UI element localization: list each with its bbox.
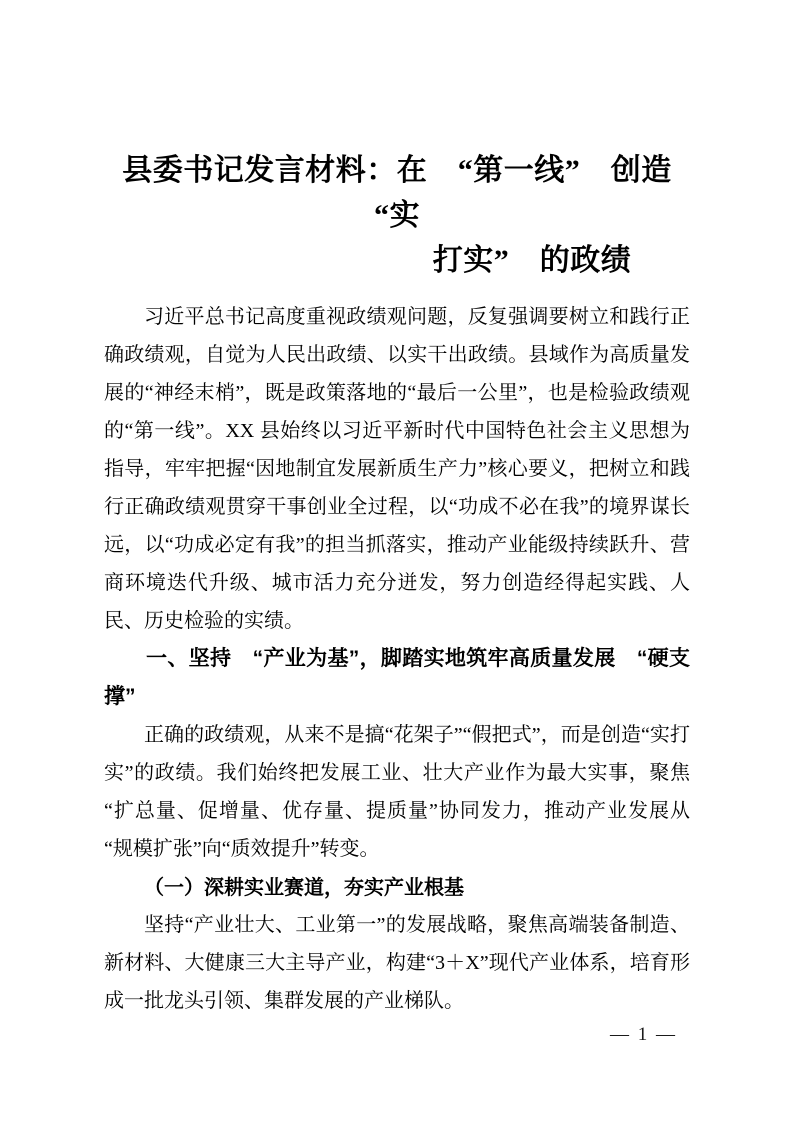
title-line-1: 县委书记发言材料：在 “第一线” 创造 “实 [104, 148, 690, 238]
document-body: 习近平总书记高度重视政绩观问题，反复强调要树立和践行正确政绩观，自觉为人民出政绩… [104, 298, 690, 1020]
title-line-2: 打实” 的政绩 [104, 238, 690, 283]
paragraph-heading1: 一、坚持 “产业为基”，脚踏实地筑牢高质量发展 “硬支撑” [104, 640, 690, 716]
paragraph-heading2: （一）深耕实业赛道，夯实产业根基 [104, 868, 690, 906]
document-page: 县委书记发言材料：在 “第一线” 创造 “实 打实” 的政绩 习近平总书记高度重… [0, 0, 793, 1122]
document-content: 县委书记发言材料：在 “第一线” 创造 “实 打实” 的政绩 习近平总书记高度重… [104, 0, 690, 1020]
document-title: 县委书记发言材料：在 “第一线” 创造 “实 打实” 的政绩 [104, 148, 690, 283]
page-footer: — 1 — [610, 1024, 677, 1046]
paragraph-body: 坚持“产业壮大、工业第一”的发展战略，聚焦高端装备制造、新材料、大健康三大主导产… [104, 906, 690, 1020]
paragraph-body: 正确的政绩观，从来不是搞“花架子”“假把式”，而是创造“实打实”的政绩。我们始终… [104, 716, 690, 868]
page-number: — 1 — [610, 1024, 677, 1045]
paragraph-body: 习近平总书记高度重视政绩观问题，反复强调要树立和践行正确政绩观，自觉为人民出政绩… [104, 298, 690, 640]
